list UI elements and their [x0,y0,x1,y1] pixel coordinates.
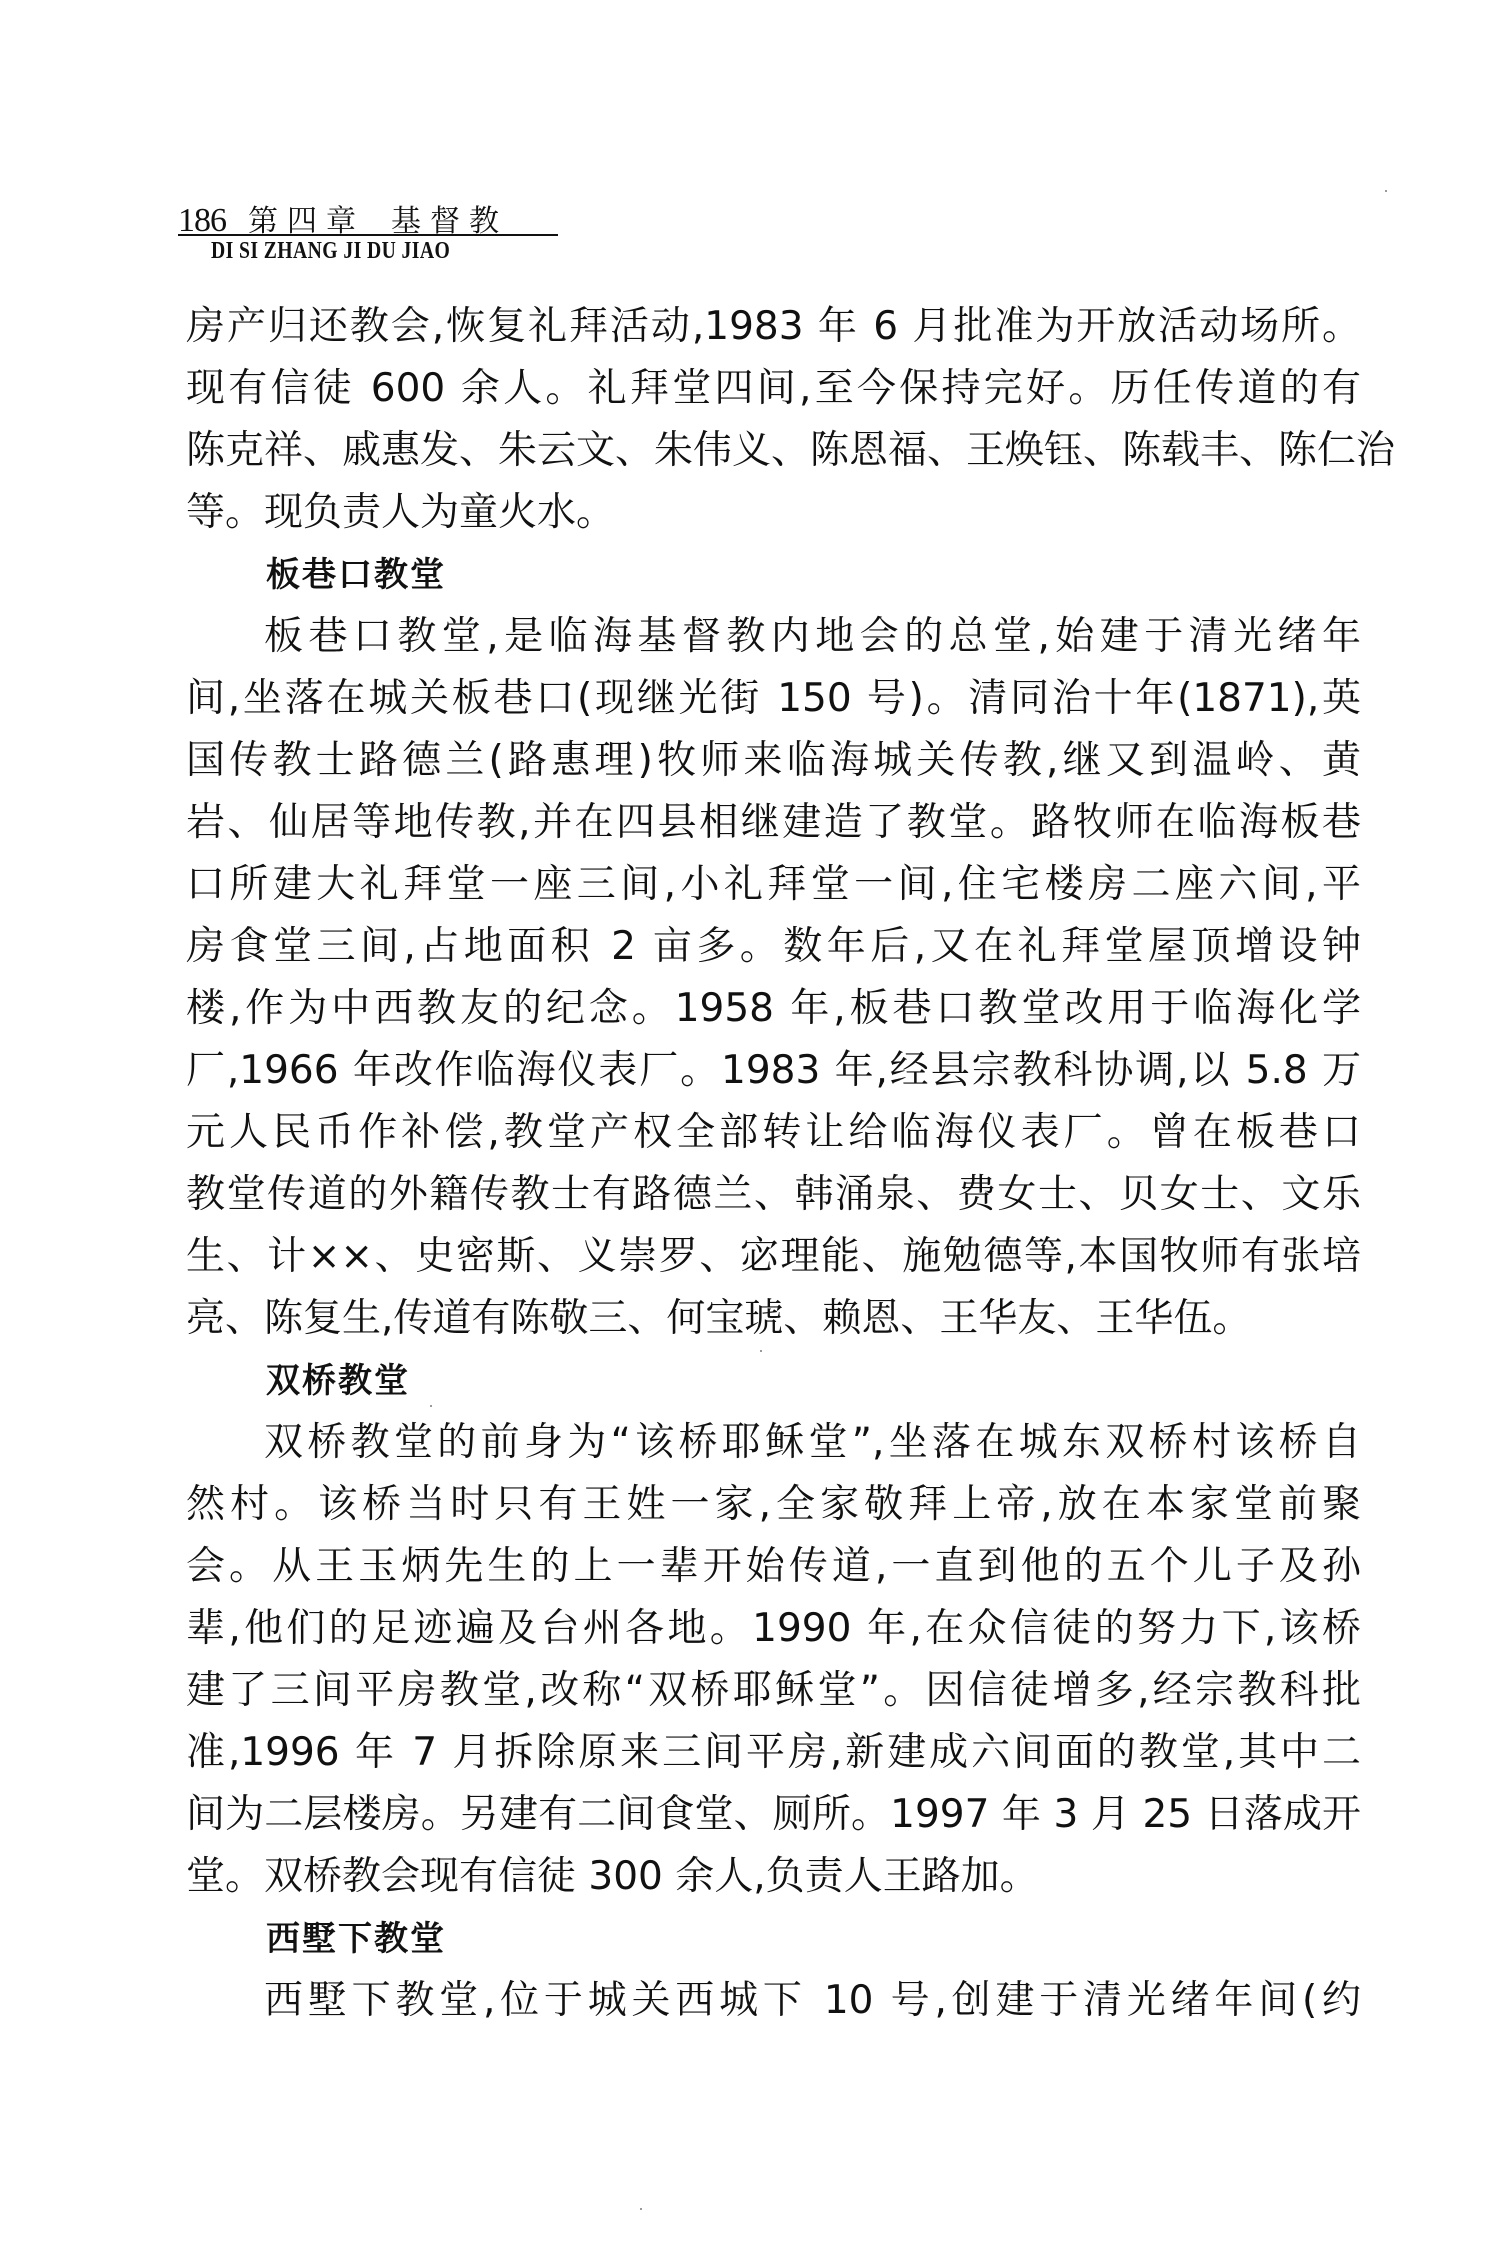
book-page: 186 第四章 基督教 DI SI ZHANG JI DU JIAO 房产归还教… [0,0,1500,2252]
paragraph-line: 间为二层楼房。另建有二间食堂、厕所。1997 年 3 月 25 日落成开 [186,1784,1361,1846]
paragraph-line: 元人民币作补偿,教堂产权全部转让给临海仪表厂。曾在板巷口 [186,1102,1361,1164]
chapter-title: 基督教 [391,196,508,240]
paragraph-line: 岩、仙居等地传教,并在四县相继建造了教堂。路牧师在临海板巷 [186,792,1361,854]
body-text: 房产归还教会,恢复礼拜活动,1983 年 6 月批准为开放活动场所。现有信徒 6… [186,296,1361,2032]
paragraph-first-line: 板巷口教堂,是临海基督教内地会的总堂,始建于清光绪年 [186,606,1361,668]
paragraph-line: 辈,他们的足迹遍及台州各地。1990 年,在众信徒的努力下,该桥 [186,1598,1361,1660]
scan-speck [760,1350,762,1352]
chapter-label: 第四章 [248,196,365,240]
paragraph-line: 亮、陈复生,传道有陈敬三、何宝琥、赖恩、王华友、王华伍。 [186,1288,1361,1350]
paragraph-line: 房食堂三间,占地面积 2 亩多。数年后,又在礼拜堂屋顶增设钟 [186,916,1361,978]
chapter-pinyin: DI SI ZHANG JI DU JIAO [211,238,496,265]
section-heading: 板巷口教堂 [186,544,1361,606]
scan-speck [640,2208,642,2210]
paragraph-line: 生、计××、史密斯、义崇罗、宓理能、施勉德等,本国牧师有张培 [186,1226,1361,1288]
section-heading: 双桥教堂 [186,1350,1361,1412]
running-head: 186 第四章 基督教 DI SI ZHANG JI DU JIAO [178,196,558,265]
paragraph-first-line: 双桥教堂的前身为“该桥耶稣堂”,坐落在城东双桥村该桥自 [186,1412,1361,1474]
paragraph-line: 楼,作为中西教友的纪念。1958 年,板巷口教堂改用于临海化学 [186,978,1361,1040]
paragraph-line: 堂。双桥教会现有信徒 300 余人,负责人王路加。 [186,1846,1361,1908]
section-heading: 西墅下教堂 [186,1908,1361,1970]
paragraph-line: 间,坐落在城关板巷口(现继光街 150 号)。清同治十年(1871),英 [186,668,1361,730]
paragraph-line: 会。从王玉炳先生的上一辈开始传道,一直到他的五个儿子及孙 [186,1536,1361,1598]
paragraph-line: 国传教士路德兰(路惠理)牧师来临海城关传教,继又到温岭、黄 [186,730,1361,792]
paragraph-line: 厂,1966 年改作临海仪表厂。1983 年,经县宗教科协调,以 5.8 万 [186,1040,1361,1102]
page-number: 186 [178,202,226,240]
scan-speck [1385,190,1387,192]
paragraph-line: 房产归还教会,恢复礼拜活动,1983 年 6 月批准为开放活动场所。 [186,296,1361,358]
paragraph-first-line: 西墅下教堂,位于城关西城下 10 号,创建于清光绪年间(约 [186,1970,1361,2032]
paragraph-line: 口所建大礼拜堂一座三间,小礼拜堂一间,住宅楼房二座六间,平 [186,854,1361,916]
paragraph-line: 然村。该桥当时只有王姓一家,全家敬拜上帝,放在本家堂前聚 [186,1474,1361,1536]
paragraph-line: 教堂传道的外籍传教士有路德兰、韩涌泉、费女士、贝女士、文乐 [186,1164,1361,1226]
paragraph-line: 陈克祥、戚惠发、朱云文、朱伟义、陈恩福、王焕钰、陈载丰、陈仁治 [186,420,1361,482]
paragraph-line: 等。现负责人为童火水。 [186,482,1361,544]
paragraph-line: 建了三间平房教堂,改称“双桥耶稣堂”。因信徒增多,经宗教科批 [186,1660,1361,1722]
paragraph-line: 现有信徒 600 余人。礼拜堂四间,至今保持完好。历任传道的有 [186,358,1361,420]
scan-speck [430,1405,432,1407]
paragraph-line: 准,1996 年 7 月拆除原来三间平房,新建成六间面的教堂,其中二 [186,1722,1361,1784]
running-head-title-row: 186 第四章 基督教 [178,196,558,236]
